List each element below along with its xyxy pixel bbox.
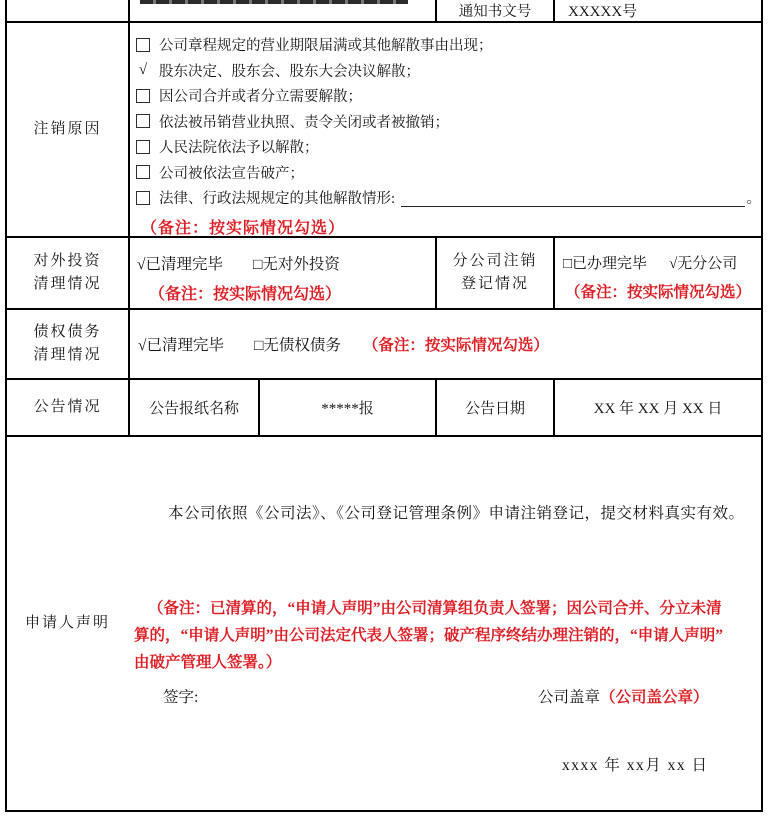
cell-cutoff-content bbox=[128, 0, 435, 21]
checkbox-icon[interactable] bbox=[136, 191, 150, 205]
branch-none-option[interactable]: √无分公司 bbox=[669, 256, 737, 272]
debt-none-option[interactable]: □无债权债务 bbox=[254, 333, 341, 355]
branch-label-text: 分公司注销 登记情况 bbox=[452, 250, 537, 296]
announce-date-value: XX 年 XX 月 XX 日 bbox=[553, 380, 761, 435]
reason-option-row: 人民法院依法予以解散； bbox=[136, 134, 761, 160]
paper-name-value-text: *****报 bbox=[321, 397, 374, 418]
seal-note-text: （公司盖公章） bbox=[600, 689, 709, 706]
declaration-statement: 本公司依照《公司法》、《公司登记管理条例》申请注销登记，提交材料真实有效。 bbox=[168, 501, 745, 523]
reason-option-label: 公司章程规定的营业期限届满或其他解散事由出现； bbox=[159, 34, 493, 55]
paper-name-label: 公告报纸名称 bbox=[128, 380, 258, 435]
reason-option-row: 公司章程规定的营业期限届满或其他解散事由出现； bbox=[136, 32, 761, 58]
investment-none-option[interactable]: □无对外投资 bbox=[253, 256, 340, 273]
investment-label: 对外投资 清理情况 bbox=[7, 238, 128, 308]
deregistration-form-table: 通知书文号 XXXXX号 注销原因 公司章程规定的营业期限届满或其他解散事由出现… bbox=[5, 0, 763, 812]
debt-cleared-option[interactable]: √已清理完毕 bbox=[138, 333, 224, 355]
reason-option-label: 公司被依法宣告破产； bbox=[159, 162, 304, 183]
signature-date-field[interactable]: xxxx 年 xx月 xx 日 bbox=[562, 753, 709, 775]
branch-note: （备注：按实际情况勾选） bbox=[565, 280, 761, 302]
debt-label-line1: 债权债务 bbox=[33, 324, 101, 340]
company-seal-area: 公司盖章（公司盖公章） bbox=[538, 685, 709, 707]
cancel-reason-label-text: 注销原因 bbox=[33, 118, 101, 141]
branch-label-line1: 分公司注销 bbox=[452, 253, 537, 269]
debt-label: 债权债务 清理情况 bbox=[7, 310, 128, 378]
announce-date-value-text: XX 年 XX 月 XX 日 bbox=[594, 397, 723, 418]
investment-label-line1: 对外投资 bbox=[33, 253, 101, 269]
announce-date-label-text: 公告日期 bbox=[465, 397, 525, 418]
seal-label-text: 公司盖章 bbox=[538, 689, 600, 706]
declaration-note-line: （备注：已清算的，“申请人声明”由公司清算组负责人签署；因公司合并、分立未清 bbox=[134, 595, 757, 622]
investment-options-line: √已清理完毕□无对外投资 bbox=[137, 252, 435, 274]
investment-cleared-option[interactable]: √已清理完毕 bbox=[137, 256, 223, 273]
branch-options-line: □已办理完毕√无分公司 bbox=[563, 252, 761, 273]
reason-option-row: 法律、行政法规规定的其他解散情形: 。 bbox=[136, 185, 761, 211]
checkbox-icon[interactable] bbox=[136, 165, 150, 179]
investment-note: （备注：按实际情况勾选） bbox=[149, 281, 435, 304]
reason-option-label: 股东决定、股东会、股东大会决议解散； bbox=[159, 60, 420, 81]
row-announcement: 公告情况 公告报纸名称 *****报 公告日期 XX 年 XX 月 XX 日 bbox=[7, 380, 761, 437]
announcement-label: 公告情况 bbox=[7, 380, 128, 435]
row-cancel-reason: 注销原因 公司章程规定的营业期限届满或其他解散事由出现； √ 股东决定、股东会、… bbox=[7, 23, 761, 238]
declaration-note-line: 算的，“申请人声明”由公司法定代表人签署；破产程序终结办理注销的，“申请人声明” bbox=[134, 622, 757, 649]
branch-status-cell: □已办理完毕√无分公司 （备注：按实际情况勾选） bbox=[553, 238, 761, 308]
investment-label-text: 对外投资 清理情况 bbox=[33, 250, 101, 296]
notice-number-label-text: 通知书文号 bbox=[459, 0, 532, 21]
announcement-label-text: 公告情况 bbox=[33, 396, 101, 419]
reason-option-label: 人民法院依法予以解散； bbox=[159, 136, 319, 157]
declaration-label: 申请人声明 bbox=[7, 437, 128, 810]
branch-done-option[interactable]: □已办理完毕 bbox=[563, 256, 647, 272]
declaration-label-text: 申请人声明 bbox=[25, 612, 110, 635]
reason-option-suffix: 。 bbox=[747, 187, 762, 208]
reason-option-label: 因公司合并或者分立需要解散； bbox=[159, 85, 362, 106]
row-notice-number: 通知书文号 XXXXX号 bbox=[7, 0, 761, 23]
other-reason-blank-field[interactable] bbox=[401, 193, 744, 207]
paper-name-value: *****报 bbox=[258, 380, 435, 435]
signature-field-label[interactable]: 签字: bbox=[163, 685, 198, 707]
branch-label: 分公司注销 登记情况 bbox=[435, 238, 553, 308]
cancel-reason-options: 公司章程规定的营业期限届满或其他解散事由出现； √ 股东决定、股东会、股东大会决… bbox=[128, 23, 761, 236]
debt-status-cell: √已清理完毕□无债权债务（备注：按实际情况勾选） bbox=[128, 310, 761, 378]
debt-note: （备注：按实际情况勾选） bbox=[363, 333, 549, 355]
checkbox-icon[interactable] bbox=[136, 89, 150, 103]
checkbox-icon[interactable] bbox=[136, 140, 150, 154]
debt-label-text: 债权债务 清理情况 bbox=[33, 321, 101, 367]
investment-status-cell: √已清理完毕□无对外投资 （备注：按实际情况勾选） bbox=[128, 238, 435, 308]
reason-option-label: 法律、行政法规规定的其他解散情形: bbox=[159, 187, 395, 208]
notice-number-value: XXXXX号 bbox=[553, 0, 761, 21]
checkbox-icon[interactable] bbox=[136, 38, 150, 52]
announce-date-label: 公告日期 bbox=[435, 380, 553, 435]
reason-option-label: 依法被吊销营业执照、责令关闭或者被撤销； bbox=[159, 111, 449, 132]
reason-option-row: 依法被吊销营业执照、责令关闭或者被撤销； bbox=[136, 109, 761, 135]
paper-name-label-text: 公告报纸名称 bbox=[149, 397, 239, 418]
declaration-note: （备注：已清算的，“申请人声明”由公司清算组负责人签署；因公司合并、分立未清 算… bbox=[134, 595, 757, 676]
checkbox-icon[interactable] bbox=[136, 114, 150, 128]
branch-label-line2: 登记情况 bbox=[461, 276, 529, 292]
cancel-reason-note: （备注：按实际情况勾选） bbox=[141, 215, 761, 238]
debt-label-line2: 清理情况 bbox=[33, 347, 101, 363]
investment-label-line2: 清理情况 bbox=[33, 276, 101, 292]
cutoff-text-remnant bbox=[140, 0, 408, 4]
check-mark-icon[interactable]: √ bbox=[136, 62, 150, 79]
row-investment-branch: 对外投资 清理情况 √已清理完毕□无对外投资 （备注：按实际情况勾选） 分公司注… bbox=[7, 238, 761, 310]
row-debt: 债权债务 清理情况 √已清理完毕□无债权债务（备注：按实际情况勾选） bbox=[7, 310, 761, 380]
row-declaration: 申请人声明 本公司依照《公司法》、《公司登记管理条例》申请注销登记，提交材料真实… bbox=[7, 437, 761, 810]
notice-number-value-text: XXXXX号 bbox=[568, 0, 637, 21]
reason-option-row: 因公司合并或者分立需要解散； bbox=[136, 83, 761, 109]
cancel-reason-label: 注销原因 bbox=[7, 23, 128, 236]
reason-option-row: √ 股东决定、股东会、股东大会决议解散； bbox=[136, 58, 761, 84]
declaration-note-line: 由破产管理人签署。） bbox=[134, 649, 757, 676]
form-page: 通知书文号 XXXXX号 注销原因 公司章程规定的营业期限届满或其他解散事由出现… bbox=[0, 0, 768, 818]
reason-option-row: 公司被依法宣告破产； bbox=[136, 160, 761, 186]
notice-number-label: 通知书文号 bbox=[435, 0, 553, 21]
